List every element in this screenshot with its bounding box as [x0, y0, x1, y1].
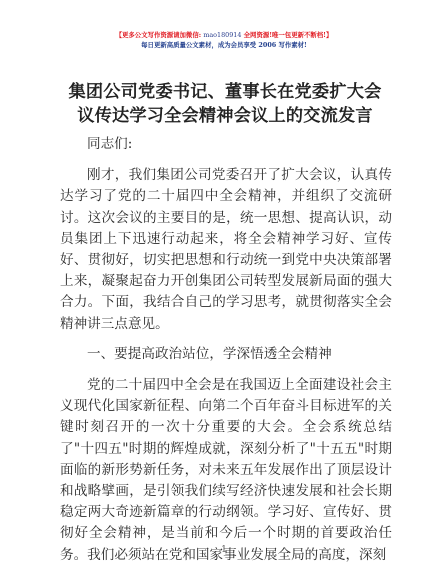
body-paragraph: 刚才，我们集团公司党委召开了扩大会议，认真传达学习了党的二十届四中全会精神，并组…	[60, 165, 392, 335]
promo-text-a: 【更多公文写作资源请加微信:	[116, 31, 204, 39]
section-heading: 一、要提高政治站位，学深悟透全会精神	[60, 344, 392, 365]
promo-wechat-id: mao180914	[203, 31, 241, 39]
body-paragraph: 党的二十届四中全会是在我国迈上全面建设社会主义现代化国家新征程、向第二个百年奋斗…	[60, 375, 392, 566]
page-number: 1	[0, 545, 448, 555]
document-page: 【更多公文写作资源请加微信: mao180914 全网资源!唯一包更新不断档!】…	[0, 0, 448, 580]
promo-header-line-1: 【更多公文写作资源请加微信: mao180914 全网资源!唯一包更新不断档!】	[0, 30, 448, 39]
salutation: 同志们:	[60, 134, 392, 155]
promo-header-line-2: 每日更新高质量公文素材，成为会员享受 2006 写作素材!	[0, 40, 448, 49]
document-title: 集团公司党委书记、董事长在党委扩大会议传达学习全会精神会议上的交流发言	[60, 80, 390, 128]
promo-text-c: 全网资源!唯一包更新不断档!】	[241, 31, 332, 39]
document-body: 同志们: 刚才，我们集团公司党委召开了扩大会议，认真传达学习了党的二十届四中全会…	[60, 134, 392, 575]
